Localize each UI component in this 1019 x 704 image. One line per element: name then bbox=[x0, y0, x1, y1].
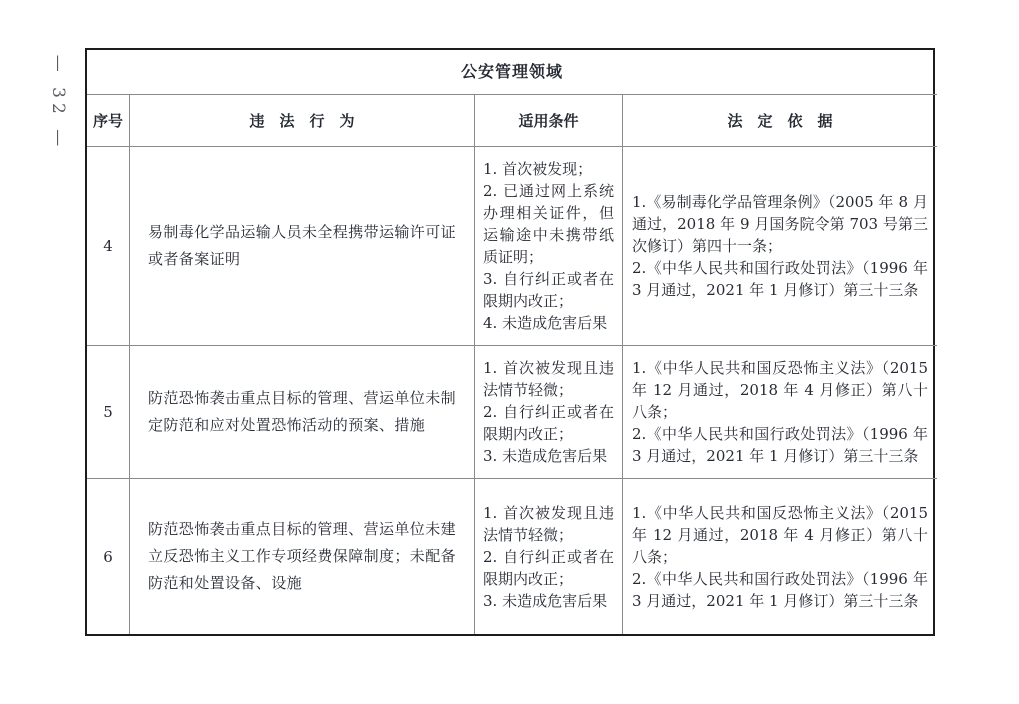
conditions-cell: 1. 首次被发现； 2. 已通过网上系统办理相关证件，但运输途中未携带纸质证明；… bbox=[475, 147, 623, 346]
regulation-table: 公安管理领域 序号 违 法 行 为 适用条件 法 定 依 据 4 易制毒化学品运… bbox=[85, 48, 935, 636]
page-number: — 32 — bbox=[46, 53, 68, 153]
violation-cell: 防范恐怖袭击重点目标的管理、营运单位未建立反恐怖主义工作专项经费保障制度；未配备… bbox=[130, 479, 475, 634]
row-number: 5 bbox=[87, 346, 130, 479]
row-number: 4 bbox=[87, 147, 130, 346]
legal-basis-cell: 1.《中华人民共和国反恐怖主义法》（2015 年 12 月通过，2018 年 4… bbox=[623, 346, 937, 479]
legal-basis-cell: 1.《中华人民共和国反恐怖主义法》（2015 年 12 月通过，2018 年 4… bbox=[623, 479, 937, 634]
row-number: 6 bbox=[87, 479, 130, 634]
column-header-legal-basis: 法 定 依 据 bbox=[623, 95, 937, 147]
violation-cell: 易制毒化学品运输人员未全程携带运输许可证或者备案证明 bbox=[130, 147, 475, 346]
table-title: 公安管理领域 bbox=[87, 50, 937, 95]
legal-basis-cell: 1.《易制毒化学品管理条例》（2005 年 8 月通过，2018 年 9 月国务… bbox=[623, 147, 937, 346]
column-header-conditions: 适用条件 bbox=[475, 95, 623, 147]
document-page: — 32 — 公安管理领域 序号 违 法 行 为 适用条件 法 定 依 据 4 … bbox=[0, 0, 1019, 704]
column-header-violation: 违 法 行 为 bbox=[130, 95, 475, 147]
column-header-no: 序号 bbox=[87, 95, 130, 147]
conditions-cell: 1. 首次被发现且违法情节轻微； 2. 自行纠正或者在限期内改正； 3. 未造成… bbox=[475, 479, 623, 634]
violation-cell: 防范恐怖袭击重点目标的管理、营运单位未制定防范和应对处置恐怖活动的预案、措施 bbox=[130, 346, 475, 479]
conditions-cell: 1. 首次被发现且违法情节轻微； 2. 自行纠正或者在限期内改正； 3. 未造成… bbox=[475, 346, 623, 479]
